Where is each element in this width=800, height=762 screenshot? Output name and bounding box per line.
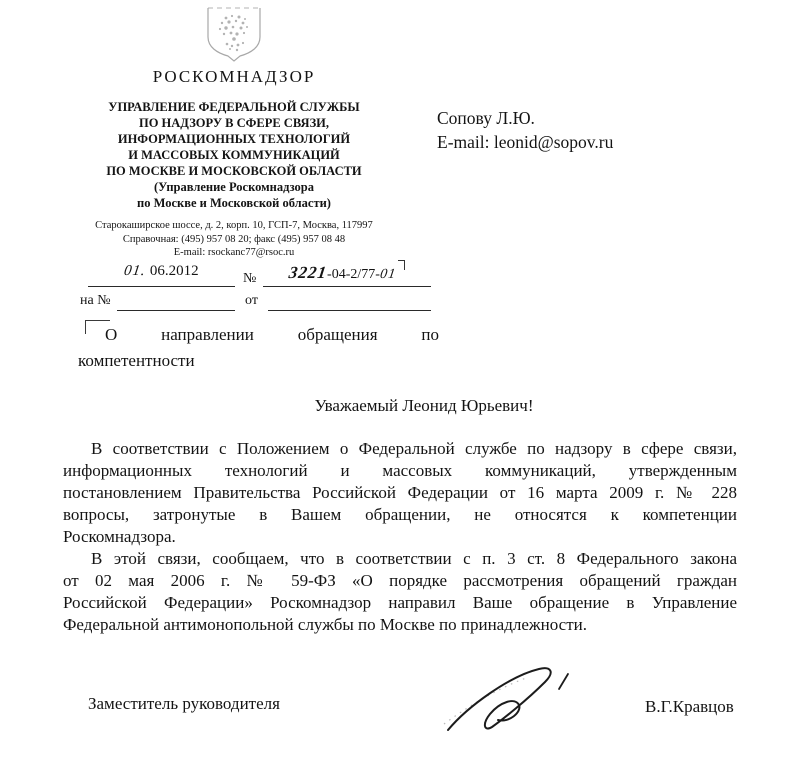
scanned-letter-page: РОСКОМНАДЗОР УПРАВЛЕНИЕ ФЕДЕРАЛЬНОЙ СЛУЖ… [0,0,800,762]
address-block: Старокаширское шоссе, д. 2, корп. 10, ГС… [56,219,412,260]
body-line: В соответствии с Положением о Федерально… [63,438,737,460]
department-line: по Москве и Московской области) [56,195,412,211]
agency-title: РОСКОМНАДЗОР [56,67,412,87]
body-line: В этой связи, сообщаем, что в соответств… [63,548,737,570]
typed-date: 06.2012 [150,263,199,279]
handwritten-date: 01. [123,263,147,280]
outgoing-number-field: 3221-04-2/77-01 [263,260,431,287]
subject-line: О направлении обращения по [78,322,439,348]
recipient-name: Сопову Л.Ю. [437,106,613,130]
department-line: ПО НАДЗОРУ В СФЕРЕ СВЯЗИ, [56,115,412,131]
handwritten-number-suffix: 01 [379,267,397,283]
body-line: от 02 мая 2006 г. № 59-ФЗ «О порядке рас… [63,570,737,592]
body-line: Федеральной антимонопольной службы по Мо… [63,614,737,636]
letterhead: РОСКОМНАДЗОР УПРАВЛЕНИЕ ФЕДЕРАЛЬНОЙ СЛУЖ… [56,4,412,260]
reply-number-label: на № [80,293,111,309]
signer-name: В.Г.Кравцов [645,697,734,717]
outgoing-date-field: 01. 06.2012 [88,263,235,287]
department-line: (Управление Роскомнадзора [56,179,412,195]
typed-number: -04-2/77- [327,267,380,282]
coat-of-arms-icon [56,4,412,64]
department-line: ПО МОСКВЕ И МОСКОВСКОЙ ОБЛАСТИ [56,163,412,179]
body-line: Роскомнадзора. [63,526,737,548]
salutation: Уважаемый Леонид Юрьевич! [63,396,737,416]
reply-from-label: от [245,293,258,309]
address-line: Справочная: (495) 957 08 20; факс (495) … [56,233,412,247]
department-line: ИНФОРМАЦИОННЫХ ТЕХНОЛОГИЙ [56,131,412,147]
department-line: И МАССОВЫХ КОММУНИКАЦИЙ [56,147,412,163]
body-line: постановлением Правительства Российской … [63,482,737,504]
body-line: Российской Федерации» Роскомнадзор напра… [63,592,737,614]
address-line: Старокаширское шоссе, д. 2, корп. 10, ГС… [56,219,412,233]
subject-block: О направлении обращения по компетентност… [78,322,439,374]
letter-body: В соответствии с Положением о Федерально… [63,438,737,636]
recipient-email: E-mail: leonid@sopov.ru [437,130,613,154]
address-line: E-mail: rsockanc77@rsoc.ru [56,246,412,260]
reply-number-blank-field [117,293,235,311]
corner-tick-mark [398,260,405,270]
reply-date-blank-field [268,293,431,311]
subject-line: компетентности [78,348,439,374]
body-line: информационных технологий и массовых ком… [63,460,737,482]
recipient-block: Сопову Л.Ю. E-mail: leonid@sopov.ru [437,106,613,154]
signature-icon [438,662,578,747]
number-label: № [243,271,256,287]
body-line: вопросы, затронутые в Вашем обращении, н… [63,504,737,526]
department-name-block: УПРАВЛЕНИЕ ФЕДЕРАЛЬНОЙ СЛУЖБЫ ПО НАДЗОРУ… [56,99,412,211]
department-line: УПРАВЛЕНИЕ ФЕДЕРАЛЬНОЙ СЛУЖБЫ [56,99,412,115]
signer-position: Заместитель руководителя [88,694,280,714]
handwritten-number-prefix: 3221 [288,263,329,283]
